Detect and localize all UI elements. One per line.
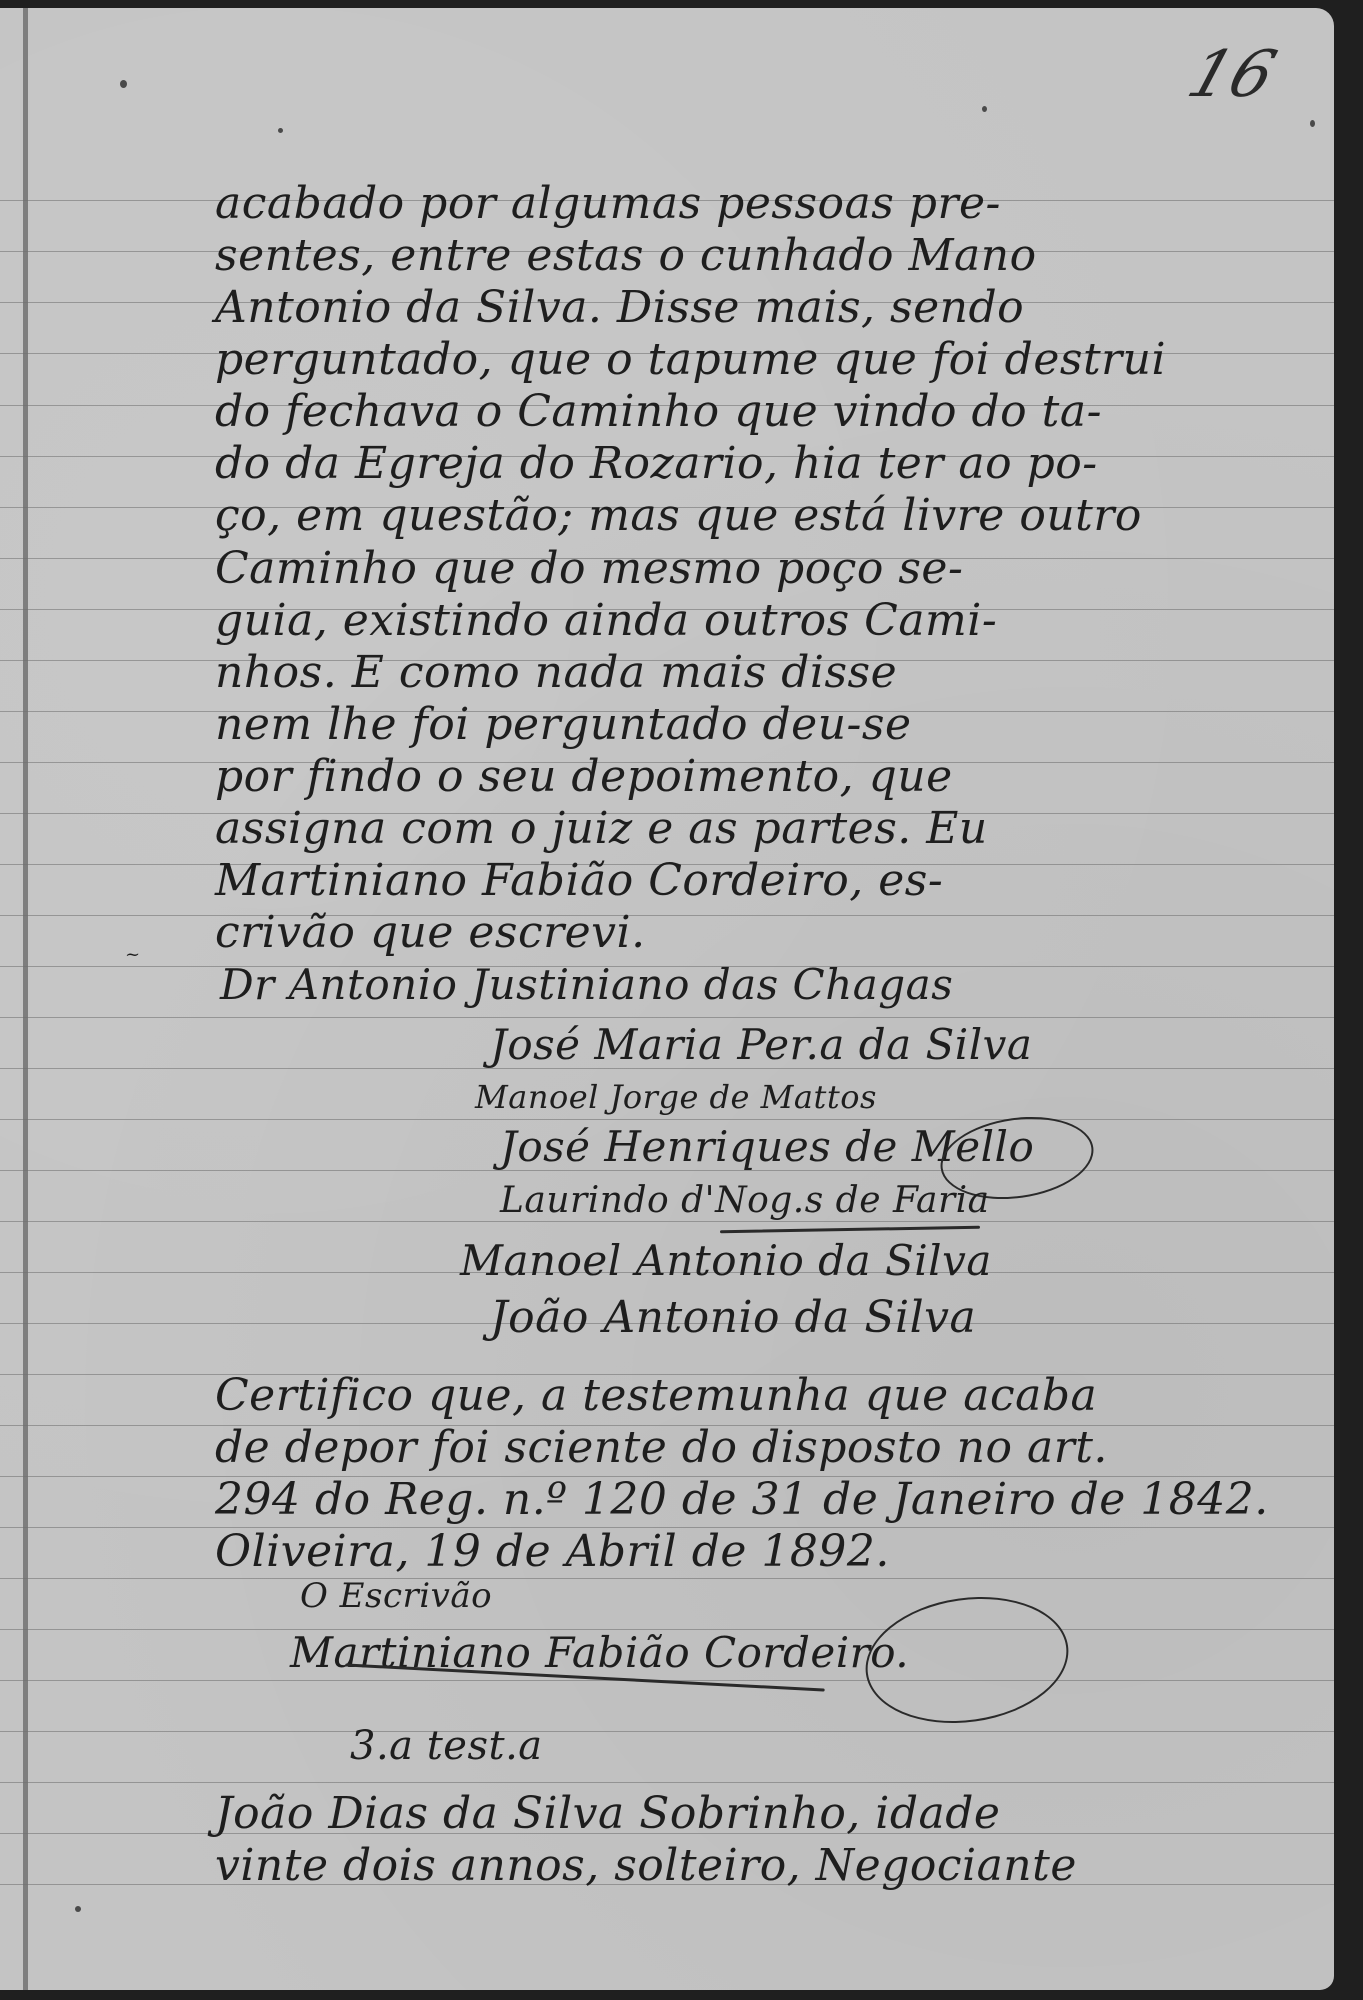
witness-line: vinte dois annos, solteiro, Negociante — [215, 1840, 1077, 1892]
clerk-title: O Escrivão — [300, 1576, 492, 1616]
signature-manoel-antonio: Manoel Antonio da Silva — [460, 1236, 992, 1285]
certificate-line: de depor foi sciente do disposto no art. — [215, 1422, 1108, 1474]
ruled-line — [0, 915, 1334, 916]
witness-line: João Dias da Silva Sobrinho, idade — [215, 1788, 1000, 1840]
body-line: Caminho que do mesmo poço se- — [215, 543, 963, 595]
certificate-line: Certifico que, a testemunha que acaba — [215, 1370, 1097, 1422]
signature-chagas: Dr Antonio Justiniano das Chagas — [220, 960, 953, 1009]
ruled-line — [0, 1731, 1334, 1732]
signature-underline — [720, 1226, 980, 1234]
body-line: do fechava o Caminho que vindo do ta- — [215, 386, 1102, 438]
signature-jose-maria: José Maria Per.a da Silva — [490, 1020, 1032, 1069]
ink-speck — [1310, 120, 1315, 127]
body-line: nhos. E como nada mais disse — [215, 647, 897, 699]
ruled-line — [0, 1119, 1334, 1120]
body-line: ço, em questão; mas que está livre outro — [215, 490, 1142, 542]
signature-laurindo: Laurindo d'Nog.s de Faria — [500, 1180, 990, 1221]
certificate-line: 294 do Reg. n.º 120 de 31 de Janeiro de … — [215, 1474, 1269, 1526]
body-line: sentes, entre estas o cunhado Mano — [215, 230, 1037, 282]
ruled-line — [0, 1578, 1334, 1579]
body-line: acabado por algumas pessoas pre- — [215, 178, 1001, 230]
document-page: 16 acabado por algumas pessoas pre- sent… — [0, 8, 1334, 1990]
ruled-line — [0, 1782, 1334, 1783]
signature-flourish-oval — [857, 1584, 1076, 1735]
body-line: crivão que escrevi. — [215, 907, 646, 959]
page-number: 16 — [1179, 38, 1284, 112]
margin-line — [23, 8, 28, 1990]
certificate-line: Oliveira, 19 de Abril de 1892. — [215, 1526, 890, 1578]
body-line: nem lhe foi perguntado deu-se — [215, 699, 912, 751]
witness-heading: 3.a test.a — [350, 1723, 543, 1769]
ink-speck — [278, 128, 283, 133]
body-line: Martiniano Fabião Cordeiro, es- — [215, 855, 943, 907]
clerk-signature: Martiniano Fabião Cordeiro. — [290, 1628, 909, 1677]
body-line: guia, existindo ainda outros Cami- — [215, 595, 997, 647]
body-line: perguntado, que o tapume que foi destrui — [215, 334, 1166, 386]
body-line: do da Egreja do Rozario, hia ter ao po- — [215, 438, 1098, 490]
ink-speck — [75, 1906, 81, 1912]
ink-speck — [982, 106, 987, 112]
signature-joao-antonio: João Antonio da Silva — [490, 1292, 976, 1343]
ruled-line — [0, 1017, 1334, 1018]
ink-speck — [120, 80, 127, 88]
body-line: Antonio da Silva. Disse mais, sendo — [215, 282, 1024, 334]
body-line: por findo o seu depoimento, que — [215, 751, 953, 803]
margin-mark: ~ — [125, 944, 141, 965]
signature-manoel-jorge: Manoel Jorge de Mattos — [475, 1078, 877, 1116]
body-line: assigna com o juiz e as partes. Eu — [215, 803, 988, 855]
ruled-line — [0, 1221, 1334, 1222]
